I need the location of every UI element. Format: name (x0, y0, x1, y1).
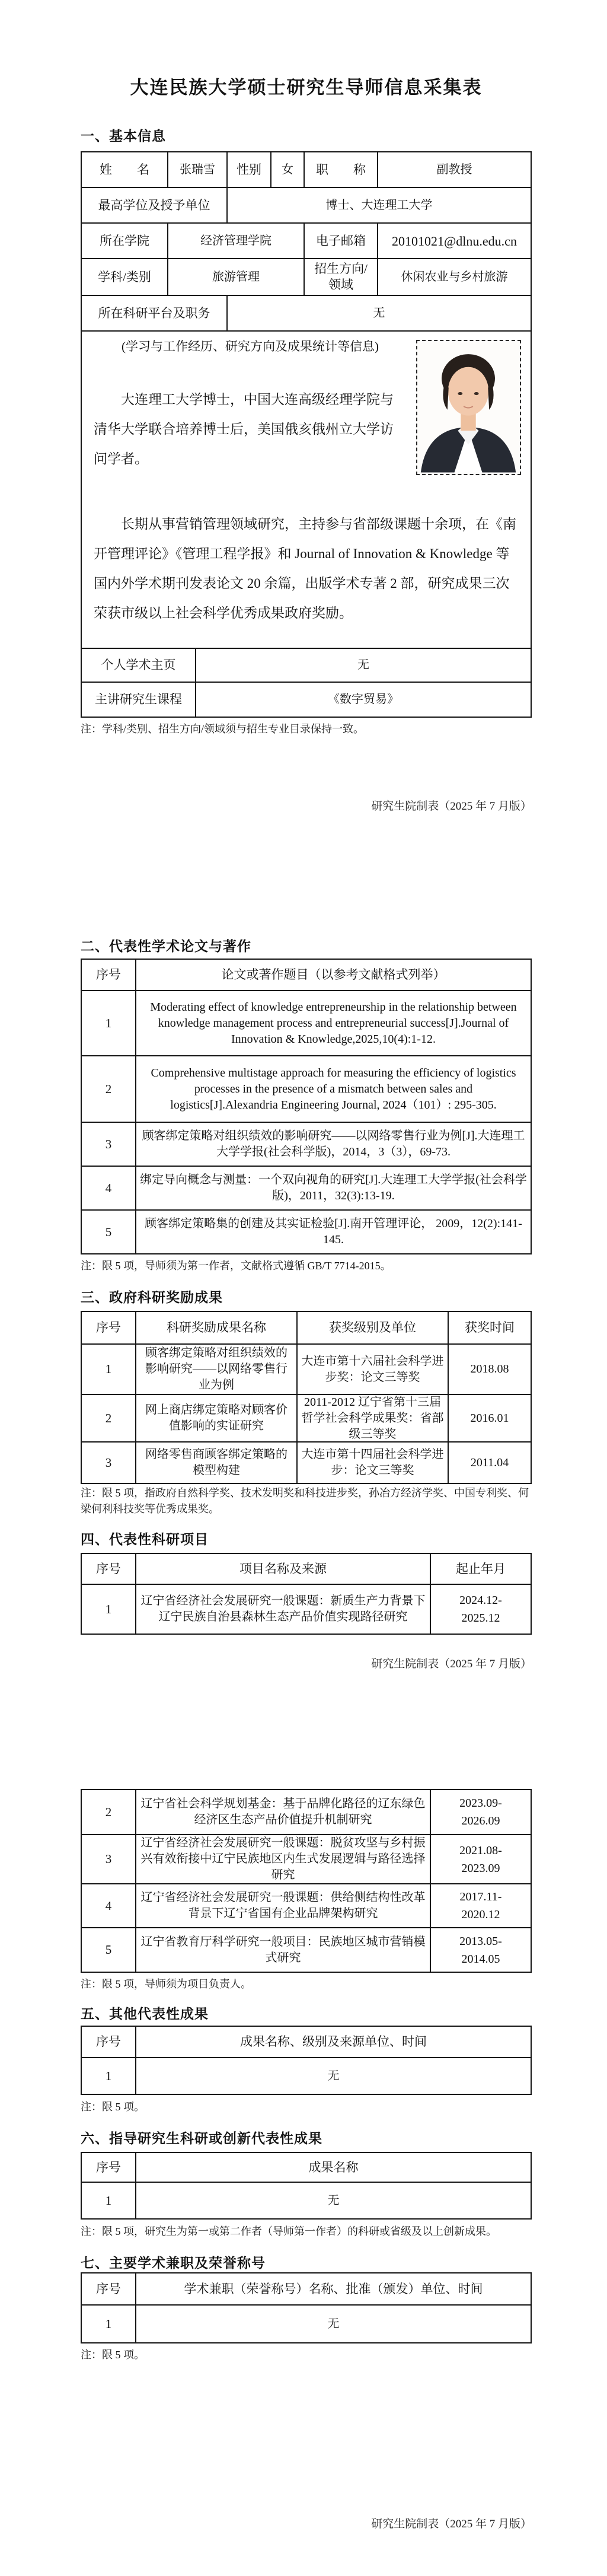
table-row: 3 辽宁省经济社会发展研究一般课题：脱贫攻坚与乡村振兴有效衔接中辽宁民族地区内生… (82, 1835, 531, 1884)
award-name: 网上商店绑定策略对顾客价值影响的实证研究 (136, 1395, 298, 1441)
section-heading-other-achievements: 五、其他代表性成果 (81, 2005, 532, 2023)
table-row: 学科/类别 旅游管理 招生方向/领域 休闲农业与乡村旅游 (82, 259, 531, 296)
portrait-illustration (417, 341, 520, 474)
page-footer-3: 研究生院制表（2025 年 7 月版） (81, 2515, 532, 2531)
award-name: 顾客绑定策略对组织绩效的影响研究——以网络零售行业为例 (136, 1345, 298, 1394)
projects-table-part2: 2 辽宁省社会科学规划基金：基于品牌化路径的辽东绿色经济区生态产品价值提升机制研… (81, 1789, 532, 1973)
page-title: 大连民族大学硕士研究生导师信息采集表 (81, 76, 532, 100)
title-label: 职 称 (305, 152, 378, 187)
name-label: 姓 名 (82, 152, 168, 187)
papers-col-no: 序号 (82, 960, 136, 990)
honor-value: 无 (136, 2306, 531, 2342)
platform-label: 所在科研平台及职务 (82, 296, 228, 330)
table-row: 3 顾客绑定策略对组织绩效的影响研究——以网络零售行业为例[J].大连理工大学学… (82, 1123, 531, 1167)
student-col-name: 成果名称 (136, 2153, 531, 2182)
period-line: 2017.11- (460, 1888, 502, 1906)
bio-cell: (学习与工作经历、研究方向及成果统计等信息) 大连理工大学博士，中国大连高级经理… (82, 332, 531, 648)
gender-value: 女 (271, 152, 305, 187)
college-value: 经济管理学院 (168, 224, 305, 258)
row-number: 1 (82, 1585, 136, 1634)
row-number: 3 (82, 1835, 136, 1883)
name-value: 张瑞雪 (168, 152, 228, 187)
table-row: 2 网上商店绑定策略对顾客价值影响的实证研究 2011-2012 辽宁省第十三届… (82, 1395, 531, 1443)
row-number: 3 (82, 1443, 136, 1483)
table-row: 5 顾客绑定策略集的创建及其实证检验[J].南开管理评论， 2009，12(2)… (82, 1211, 531, 1253)
projects-col-name: 项目名称及来源 (136, 1554, 431, 1584)
title-value: 副教授 (378, 152, 531, 187)
other-col-no: 序号 (82, 2027, 136, 2057)
projects-col-no: 序号 (82, 1554, 136, 1584)
direction-value: 休闲农业与乡村旅游 (378, 259, 531, 295)
project-name: 辽宁省社会科学规划基金：基于品牌化路径的辽东绿色经济区生态产品价值提升机制研究 (136, 1790, 431, 1834)
table-header-row: 序号 成果名称、级别及来源单位、时间 (82, 2027, 531, 2058)
row-number: 4 (82, 1167, 136, 1209)
awards-note: 注：限 5 项，指政府自然科学奖、技术发明奖和科技进步奖，孙冶方经济学奖、中国专… (81, 1485, 532, 1517)
award-level: 2011-2012 辽宁省第十三届哲学社会科学成果奖：省部级三等奖 (298, 1395, 449, 1441)
degree-value: 博士、大连理工大学 (228, 188, 531, 222)
other-achievements-table: 序号 成果名称、级别及来源单位、时间 1 无 (81, 2026, 532, 2095)
email-value: 20101021@dlnu.edu.cn (378, 224, 531, 258)
honors-note: 注：限 5 项。 (81, 2347, 532, 2363)
projects-col-period: 起止年月 (431, 1554, 531, 1584)
page-footer-1: 研究生院制表（2025 年 7 月版） (81, 797, 532, 813)
table-row: 2 辽宁省社会科学规划基金：基于品牌化路径的辽东绿色经济区生态产品价值提升机制研… (82, 1790, 531, 1835)
page-footer-2: 研究生院制表（2025 年 7 月版） (81, 1655, 532, 1671)
table-header-row: 序号 成果名称 (82, 2153, 531, 2183)
period-line: 2025.12 (462, 1609, 500, 1627)
honors-col-name: 学术兼职（荣誉称号）名称、批准（颁发）单位、时间 (136, 2273, 531, 2304)
table-row: 2 Comprehensive multistage approach for … (82, 1056, 531, 1123)
table-row: 所在学院 经济管理学院 电子邮箱 20101021@dlnu.edu.cn (82, 224, 531, 259)
period-line: 2020.12 (462, 1906, 500, 1924)
paper-title: 绑定导向概念与测量：一个双向视角的研究[J].大连理工大学学报(社会科学版)，2… (136, 1167, 531, 1209)
awards-col-name: 科研奖励成果名称 (136, 1312, 298, 1343)
basic-info-table: 姓 名 张瑞雪 性别 女 职 称 副教授 最高学位及授予单位 博士、大连理工大学… (81, 151, 532, 718)
scanned-form-document: { "document": { "title": "大连民族大学硕士研究生导师信… (0, 0, 607, 2576)
other-col-name: 成果名称、级别及来源单位、时间 (136, 2027, 531, 2057)
table-row: 5 辽宁省教育厅科学研究一般项目：民族地区城市营销模式研究 2013.05- 2… (82, 1928, 531, 1972)
other-achievements-note: 注：限 5 项。 (81, 2099, 532, 2115)
table-row: 4 绑定导向概念与测量：一个双向视角的研究[J].大连理工大学学报(社会科学版)… (82, 1167, 531, 1211)
honors-col-no: 序号 (82, 2273, 136, 2304)
award-date: 2018.08 (449, 1345, 531, 1394)
period-line: 2021.08- (459, 1842, 502, 1859)
project-period: 2023.09- 2026.09 (431, 1790, 531, 1834)
row-number: 2 (82, 1056, 136, 1122)
row-number: 1 (82, 2058, 136, 2094)
table-header-row: 序号 项目名称及来源 起止年月 (82, 1554, 531, 1585)
course-value: 《数字贸易》 (196, 683, 531, 717)
project-name: 辽宁省教育厅科学研究一般项目：民族地区城市营销模式研究 (136, 1928, 431, 1972)
period-line: 2023.09 (462, 1859, 500, 1877)
table-row: 1 辽宁省经济社会发展研究一般课题：新质生产力背景下辽宁民族自治县森林生态产品价… (82, 1585, 531, 1634)
section-heading-basic-info: 一、基本信息 (81, 127, 532, 145)
section-heading-student-achievements: 六、指导研究生科研或创新代表性成果 (81, 2129, 532, 2147)
row-number: 3 (82, 1123, 136, 1166)
course-label: 主讲研究生课程 (82, 683, 196, 717)
row-number: 5 (82, 1211, 136, 1253)
row-number: 1 (82, 2306, 136, 2342)
bio-row: (学习与工作经历、研究方向及成果统计等信息) 大连理工大学博士，中国大连高级经理… (82, 332, 531, 649)
project-name: 辽宁省经济社会发展研究一般课题：新质生产力背景下辽宁民族自治县森林生态产品价值实… (136, 1585, 431, 1634)
award-date: 2011.04 (449, 1443, 531, 1483)
project-name: 辽宁省经济社会发展研究一般课题：脱贫攻坚与乡村振兴有效衔接中辽宁民族地区内生式发… (136, 1835, 431, 1883)
papers-note: 注：限 5 项，导师须为第一作者，文献格式遵循 GB/T 7714-2015。 (81, 1258, 532, 1274)
projects-table-part1: 序号 项目名称及来源 起止年月 1 辽宁省经济社会发展研究一般课题：新质生产力背… (81, 1553, 532, 1635)
direction-label: 招生方向/领域 (305, 259, 378, 295)
honors-table: 序号 学术兼职（荣誉称号）名称、批准（颁发）单位、时间 1 无 (81, 2272, 532, 2343)
project-name: 辽宁省经济社会发展研究一般课题：供给侧结构性改革背景下辽宁省国有企业品牌架构研究 (136, 1884, 431, 1927)
id-photo (416, 340, 521, 475)
table-row: 所在科研平台及职务 无 (82, 296, 531, 332)
table-row: 个人学术主页 无 (82, 649, 531, 683)
table-row: 最高学位及授予单位 博士、大连理工大学 (82, 188, 531, 224)
project-period: 2013.05- 2014.05 (431, 1928, 531, 1972)
awards-col-level: 获奖级别及单位 (298, 1312, 449, 1343)
period-line: 2024.12- (459, 1591, 502, 1609)
degree-label: 最高学位及授予单位 (82, 188, 228, 222)
period-line: 2014.05 (462, 1950, 500, 1968)
award-level: 大连市第十四届社会科学进步：论文三等奖 (298, 1443, 449, 1483)
achievement-value: 无 (136, 2183, 531, 2218)
homepage-value: 无 (196, 649, 531, 682)
section-heading-honors: 七、主要学术兼职及荣誉称号 (81, 2254, 532, 2272)
email-label: 电子邮箱 (305, 224, 378, 258)
table-header-row: 序号 科研奖励成果名称 获奖级别及单位 获奖时间 (82, 1312, 531, 1345)
row-number: 1 (82, 1345, 136, 1394)
paper-title: 顾客绑定策略对组织绩效的影响研究——以网络零售行业为例[J].大连理工大学学报(… (136, 1123, 531, 1166)
table-header-row: 序号 论文或著作题目（以参考文献格式列举） (82, 960, 531, 991)
awards-table: 序号 科研奖励成果名称 获奖级别及单位 获奖时间 1 顾客绑定策略对组织绩效的影… (81, 1311, 532, 1484)
section-heading-papers: 二、代表性学术论文与著作 (81, 937, 532, 955)
table-header-row: 序号 学术兼职（荣誉称号）名称、批准（颁发）单位、时间 (82, 2273, 531, 2306)
awards-col-no: 序号 (82, 1312, 136, 1343)
table-row: 3 网络零售商顾客绑定策略的模型构建 大连市第十四届社会科学进步：论文三等奖 2… (82, 1443, 531, 1483)
papers-table: 序号 论文或著作题目（以参考文献格式列举） 1 Moderating effec… (81, 959, 532, 1254)
awards-col-date: 获奖时间 (449, 1312, 531, 1343)
paper-title: 顾客绑定策略集的创建及其实证检验[J].南开管理评论， 2009，12(2):1… (136, 1211, 531, 1253)
table-row: 4 辽宁省经济社会发展研究一般课题：供给侧结构性改革背景下辽宁省国有企业品牌架构… (82, 1884, 531, 1928)
gender-label: 性别 (228, 152, 271, 187)
award-date: 2016.01 (449, 1395, 531, 1441)
platform-value: 无 (228, 296, 531, 330)
project-period: 2021.08- 2023.09 (431, 1835, 531, 1883)
homepage-label: 个人学术主页 (82, 649, 196, 682)
college-label: 所在学院 (82, 224, 168, 258)
table-row: 1 顾客绑定策略对组织绩效的影响研究——以网络零售行业为例 大连市第十六届社会科… (82, 1345, 531, 1395)
row-number: 1 (82, 991, 136, 1055)
period-line: 2013.05- (459, 1932, 502, 1950)
paper-title: Moderating effect of knowledge entrepren… (136, 991, 531, 1055)
basic-info-note: 注：学科/类别、招生方向/领域须与招生专业目录保持一致。 (81, 721, 532, 737)
discipline-value: 旅游管理 (168, 259, 305, 295)
row-number: 4 (82, 1884, 136, 1927)
achievement-value: 无 (136, 2058, 531, 2094)
table-row: 姓 名 张瑞雪 性别 女 职 称 副教授 (82, 152, 531, 188)
table-row: 1 无 (82, 2058, 531, 2094)
row-number: 2 (82, 1395, 136, 1441)
award-level: 大连市第十六届社会科学进步奖：论文三等奖 (298, 1345, 449, 1394)
student-achievements-note: 注：限 5 项，研究生为第一或第二作者（导师第一作者）的科研或省级及以上创新成果… (81, 2224, 532, 2240)
section-heading-projects: 四、代表性科研项目 (81, 1530, 532, 1548)
discipline-label: 学科/类别 (82, 259, 168, 295)
paper-title: Comprehensive multistage approach for me… (136, 1056, 531, 1122)
table-row: 1 Moderating effect of knowledge entrepr… (82, 991, 531, 1056)
section-heading-awards: 三、政府科研奖励成果 (81, 1288, 532, 1306)
period-line: 2023.09- (459, 1794, 502, 1812)
row-number: 1 (82, 2183, 136, 2218)
papers-col-title: 论文或著作题目（以参考文献格式列举） (136, 960, 531, 990)
project-period: 2024.12- 2025.12 (431, 1585, 531, 1634)
project-period: 2017.11- 2020.12 (431, 1884, 531, 1927)
row-number: 5 (82, 1928, 136, 1972)
period-line: 2026.09 (462, 1812, 500, 1830)
table-row: 主讲研究生课程 《数字贸易》 (82, 683, 531, 717)
award-name: 网络零售商顾客绑定策略的模型构建 (136, 1443, 298, 1483)
row-number: 2 (82, 1790, 136, 1834)
table-row: 1 无 (82, 2306, 531, 2342)
table-row: 1 无 (82, 2183, 531, 2218)
projects-note: 注：限 5 项，导师须为项目负责人。 (81, 1976, 532, 1992)
student-col-no: 序号 (82, 2153, 136, 2182)
student-achievements-table: 序号 成果名称 1 无 (81, 2152, 532, 2220)
bio-paragraph-2: 长期从事营销管理领域研究，主持参与省部级课题十余项，在《南开管理评论》《管理工程… (94, 510, 521, 628)
